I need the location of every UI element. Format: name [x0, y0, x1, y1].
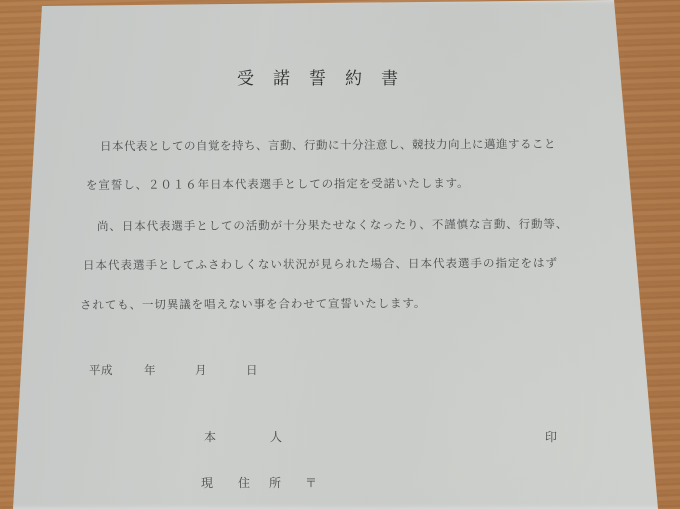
address-label-1: 現: [201, 474, 214, 491]
date-day-label: 日: [246, 362, 258, 378]
signatory-label-1: 本: [204, 428, 217, 445]
paragraph-2-line-1: 尚、日本代表選手としての活動が十分果たせなくなったり、不謹慎な言動、行動等、: [97, 216, 568, 234]
paragraph-2-line-3: されても、一切異議を唱えない事を合わせて宣誓いたします。: [80, 295, 426, 313]
postal-mark-icon: 〒: [305, 474, 318, 491]
paragraph-2-line-2: 日本代表選手としてふさわしくない状況が見られた場合、日本代表選手の指定をはず: [83, 255, 558, 273]
date-year-label: 年: [144, 362, 156, 378]
signatory-label-2: 人: [270, 428, 283, 445]
seal-label: 印: [545, 428, 558, 445]
paragraph-1-line-2: を宣誓し、２０１６年日本代表選手としての指定を受諾いたします。: [86, 175, 470, 193]
date-month-label: 月: [195, 362, 207, 378]
document-title: 受諾誓約書: [237, 64, 417, 89]
address-label-2: 住: [238, 474, 251, 491]
date-era-label: 平成: [89, 362, 113, 378]
paragraph-1-line-1: 日本代表としての自覚を持ち、言動、行動に十分注意し、競技力向上に邁進すること: [100, 136, 556, 154]
address-label-3: 所: [269, 474, 282, 491]
